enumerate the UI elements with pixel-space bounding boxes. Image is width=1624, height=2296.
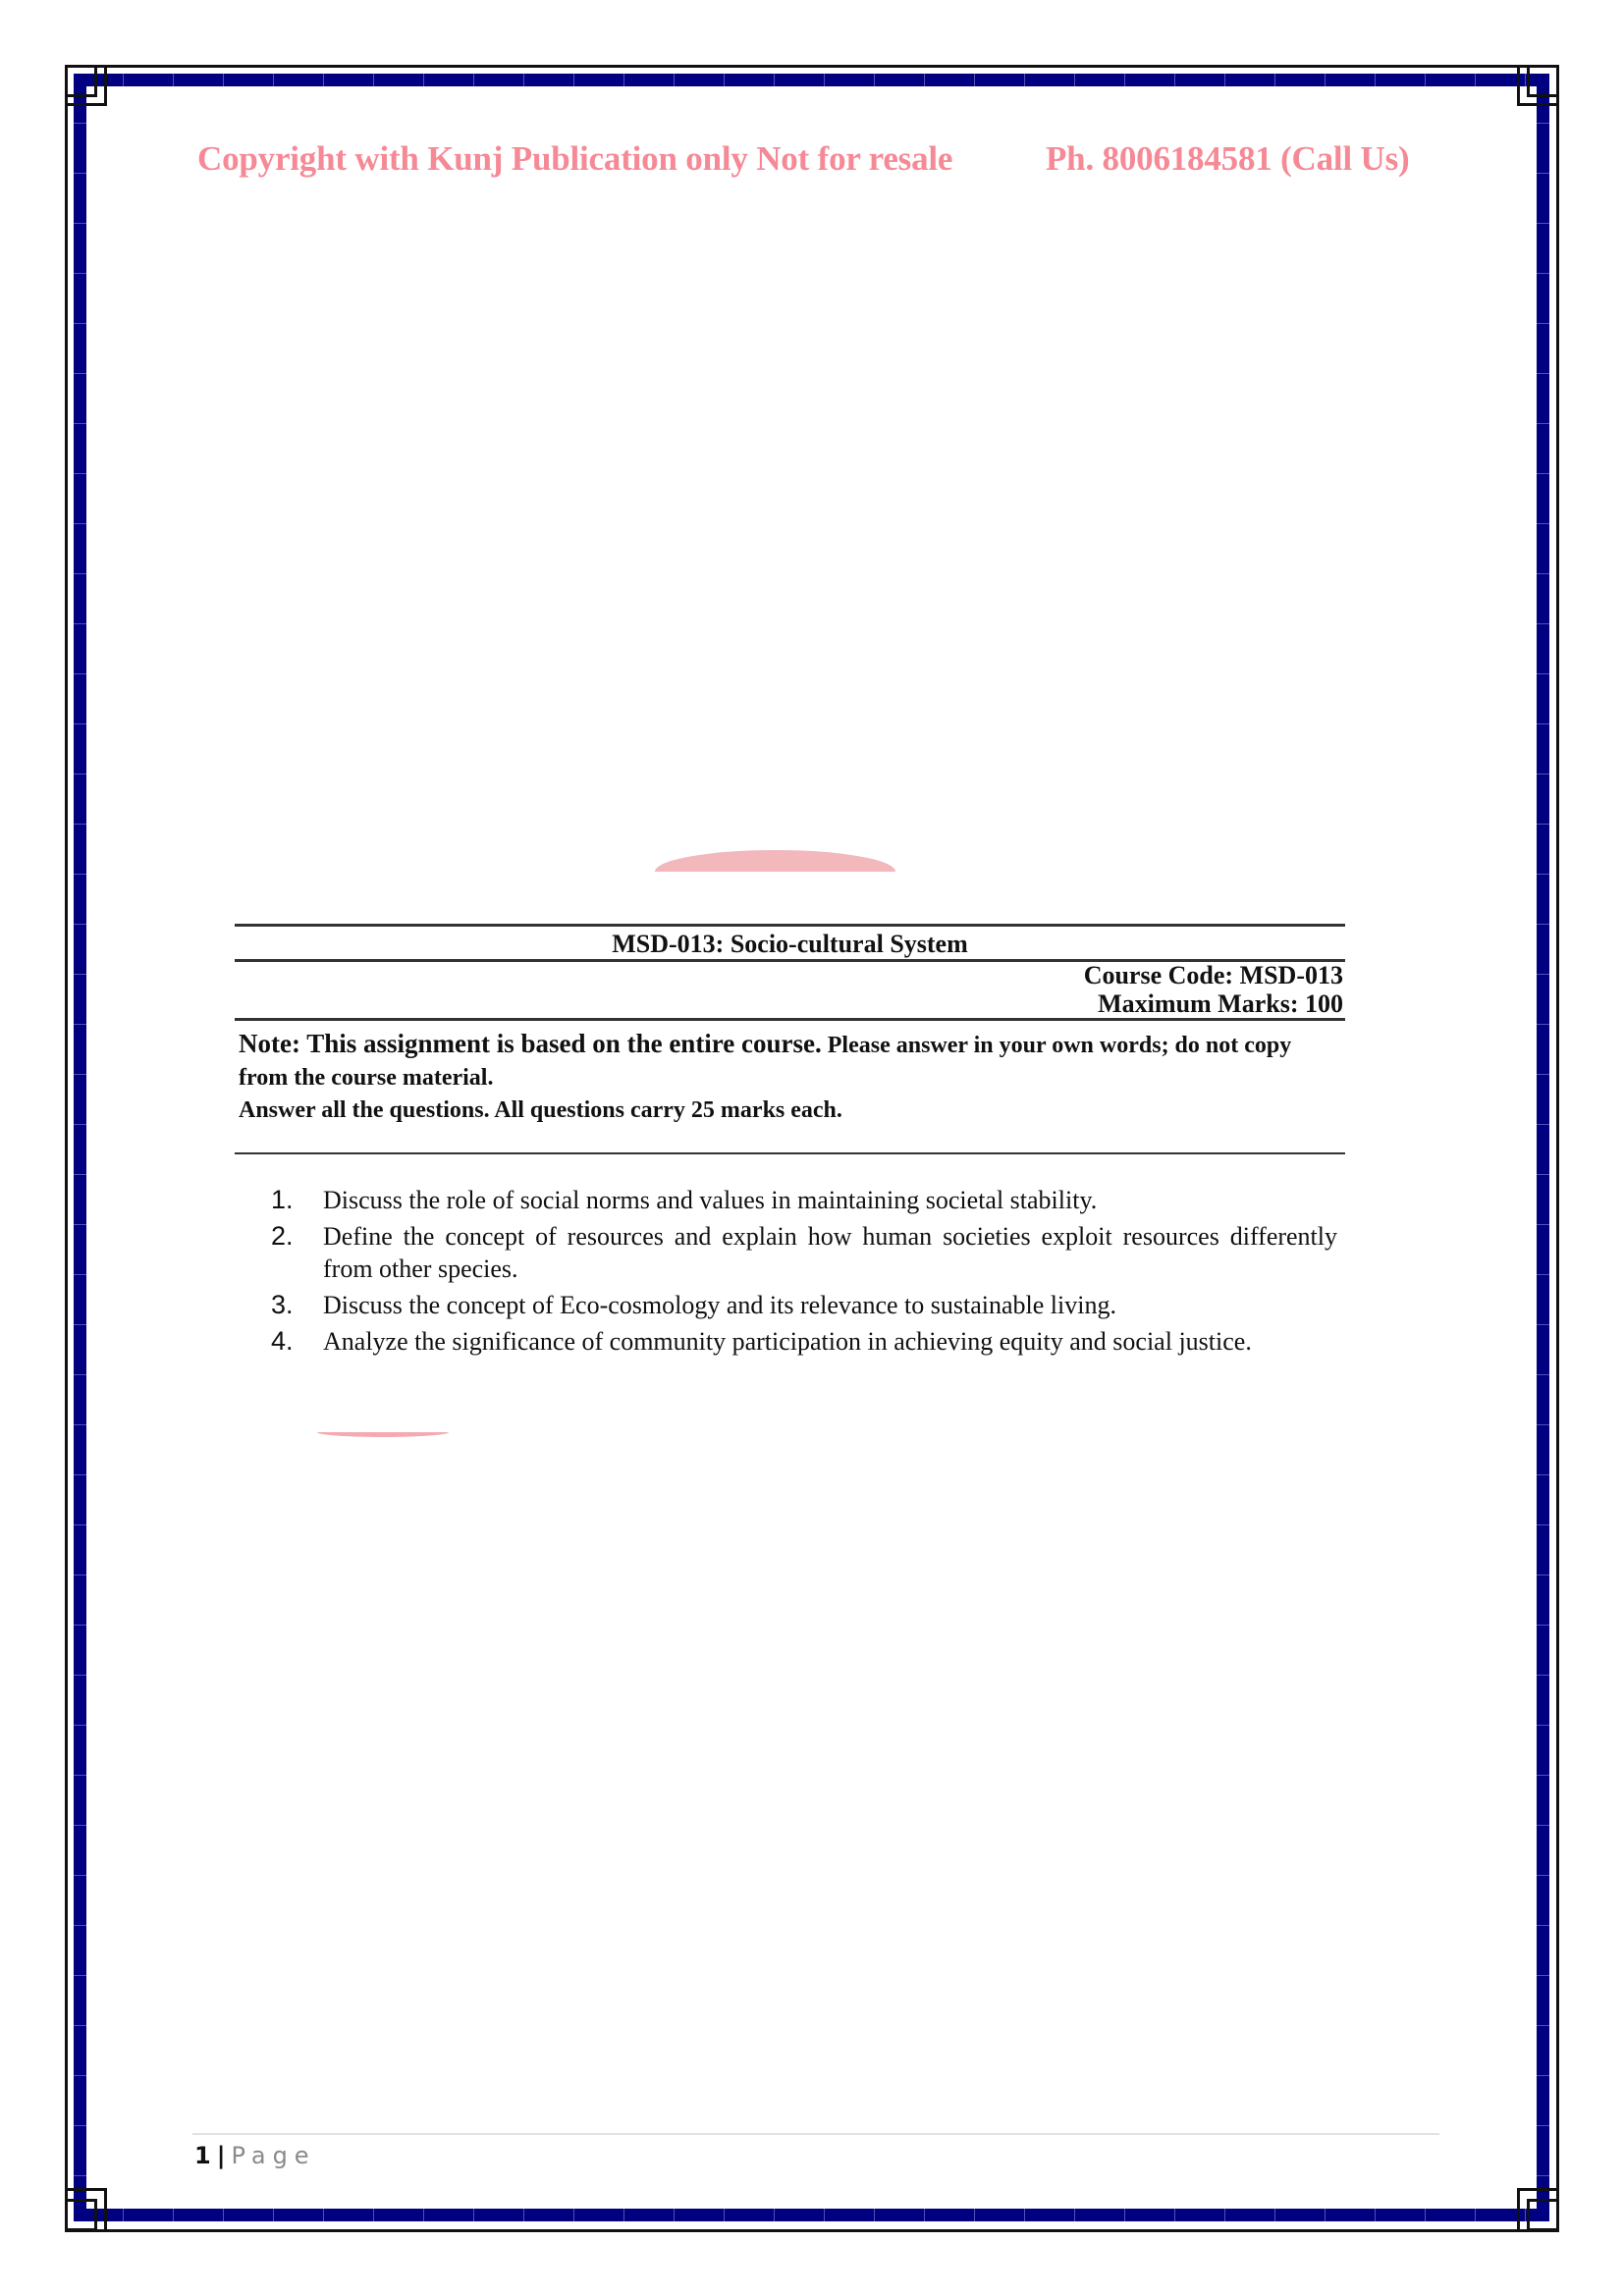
question-text: Discuss the role of social norms and val… (323, 1186, 1097, 1214)
question-item: 4. Analyze the significance of community… (265, 1325, 1337, 1358)
title-top-rule (235, 924, 1345, 927)
question-text: Analyze the significance of community pa… (323, 1327, 1252, 1356)
border-outer-line (65, 65, 1559, 2232)
corner-ornament-bottom-right-inner (1517, 2188, 1559, 2231)
page-label: Page (231, 2142, 315, 2169)
border-left-bar (74, 74, 86, 2221)
corner-ornament-bottom-left-inner (65, 2188, 107, 2231)
note-bottom-rule (235, 1152, 1345, 1154)
question-number: 4. (271, 1325, 294, 1358)
page-number: 1 (194, 2142, 211, 2169)
assignment-title: MSD-013: Socio-cultural System (235, 930, 1345, 959)
question-number: 1. (271, 1184, 294, 1216)
footer-rule (192, 2133, 1439, 2135)
meta-bottom-rule (235, 1018, 1345, 1021)
border-right-bar (1537, 74, 1549, 2221)
corner-ornament-top-right-inner (1517, 65, 1559, 106)
assignment-note: Note: This assignment is based on the en… (239, 1029, 1343, 1126)
question-text: Define the concept of resources and expl… (323, 1222, 1337, 1283)
page-separator: | (217, 2142, 226, 2169)
border-bottom-bar (74, 2209, 1549, 2221)
corner-ornament-top-left-inner (65, 65, 107, 106)
question-list: 1. Discuss the role of social norms and … (265, 1184, 1337, 1362)
question-number: 3. (271, 1289, 294, 1321)
question-item: 2. Define the concept of resources and e… (265, 1220, 1337, 1285)
question-number: 2. (271, 1220, 294, 1253)
phone-text: Ph. 8006184581 (Call Us) (1046, 139, 1409, 179)
course-code: Course Code: MSD-013 (1084, 961, 1343, 990)
page-footer: 1|Page (194, 2142, 316, 2169)
note-lead: Note: This assignment is based on the en… (239, 1029, 822, 1058)
question-item: 1. Discuss the role of social norms and … (265, 1184, 1337, 1216)
note-instruction: Answer all the questions. All questions … (239, 1095, 1343, 1126)
copyright-header: Copyright with Kunj Publication only Not… (197, 139, 952, 179)
question-item: 3. Discuss the concept of Eco-cosmology … (265, 1289, 1337, 1321)
note-paragraph: Note: This assignment is based on the en… (239, 1029, 1343, 1095)
question-text: Discuss the concept of Eco-cosmology and… (323, 1291, 1116, 1319)
copyright-text: Copyright with Kunj Publication only Not… (197, 139, 952, 178)
maximum-marks: Maximum Marks: 100 (1098, 989, 1343, 1019)
border-top-bar (74, 74, 1549, 86)
